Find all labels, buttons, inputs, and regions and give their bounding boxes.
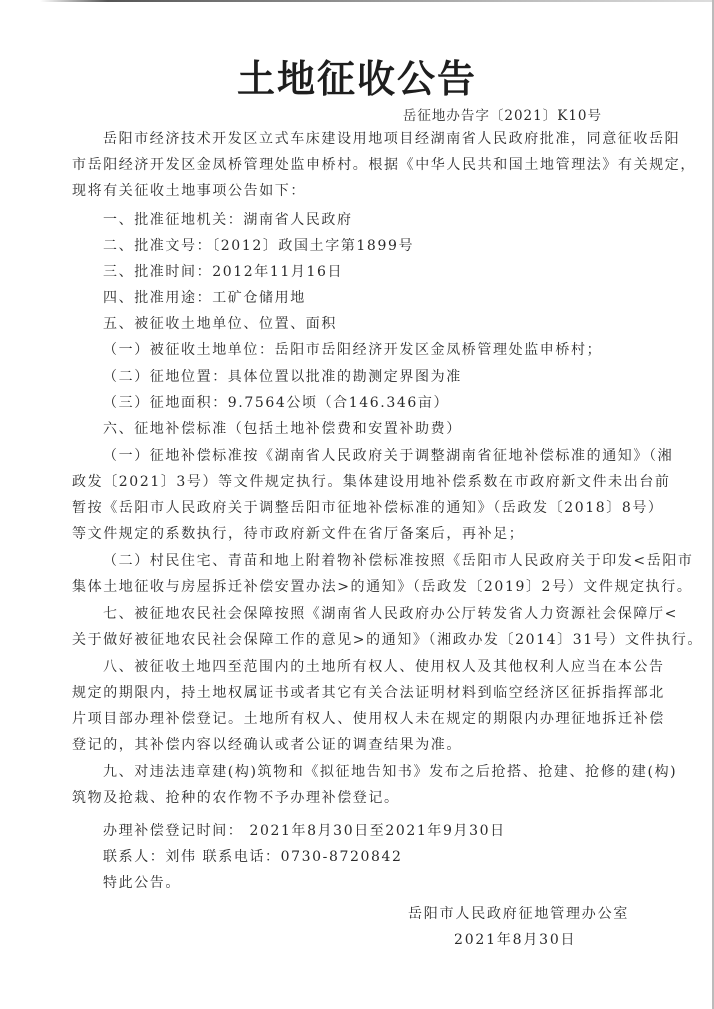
- body-line: 市岳阳经济开发区金凤桥管理处监申桥村。根据《中华人民共和国土地管理法》有关规定，: [72, 154, 696, 174]
- body-line: 暂按《岳阳市人民政府关于调整岳阳市征地补偿标准的通知》（岳政发〔2018〕8号）: [72, 497, 664, 517]
- body-line: 六、征地补偿标准（包括土地补偿费和安置补助费）: [103, 418, 462, 438]
- body-line: （一）被征收土地单位：岳阳市岳阳经济开发区金凤桥管理处监申桥村；: [103, 339, 602, 359]
- body-line: （二）征地位置：具体位置以批准的勘测定界图为准: [103, 366, 462, 386]
- body-line: 联系人：刘伟 联系电话：0730-8720842: [103, 846, 403, 866]
- body-line: 登记的，其补偿内容以经确认或者公证的调查结果为准。: [72, 734, 462, 754]
- body-line: 规定的期限内，持土地权属证书或者其它有关合法证明材料到临空经济区征拆指挥部北: [72, 682, 665, 702]
- body-line: 八、被征收土地四至范围内的土地所有权人、使用权人及其他权利人应当在本公告: [103, 656, 665, 676]
- body-line: 办理补偿登记时间： 2021年8月30日至2021年9月30日: [103, 820, 506, 840]
- body-line: 一、批准征地机关：湖南省人民政府: [103, 209, 353, 229]
- document-number: 岳征地办告字〔2021〕K10号: [403, 104, 602, 124]
- issuer: 岳阳市人民政府征地管理办公室: [408, 903, 629, 923]
- issue-date: 2021年8月30日: [454, 929, 576, 949]
- body-line: 筑物及抢栽、抢种的农作物不予办理补偿登记。: [72, 787, 400, 807]
- page-title: 土地征收公告: [0, 48, 714, 103]
- body-line: 四、批准用途：工矿仓储用地: [103, 287, 306, 307]
- body-line: 关于做好被征地农民社会保障工作的意见>的通知》（湘政办发〔2014〕31号）文件…: [72, 629, 703, 649]
- body-line: 等文件规定的系数执行，待市政府新文件在省厅备案后，再补足；: [72, 523, 524, 543]
- body-line: 现将有关征收土地事项公告如下：: [72, 180, 306, 200]
- scan-top-edge: [40, 0, 714, 2]
- body-line: 片项目部办理补偿登记。土地所有权人、使用权人未在规定的期限内办理征地拆迁补偿: [72, 708, 665, 728]
- body-line: 五、被征收土地单位、位置、面积: [103, 313, 337, 333]
- body-line: 二、批准文号：〔2012〕政国土字第1899号: [103, 235, 414, 255]
- body-line: （一）征地补偿标准按《湖南省人民政府关于调整湖南省征地补偿标准的通知》（湘: [103, 445, 673, 465]
- body-line: 九、对违法违章建(构)筑物和《拟征地告知书》发布之后抢搭、抢建、抢修的建(构): [103, 761, 677, 781]
- body-line: 集体土地征收与房屋拆迁补偿安置办法>的通知》（岳政发〔2019〕2号）文件规定执…: [72, 576, 692, 596]
- body-line: （二）村民住宅、青苗和地上附着物补偿标准按照《岳阳市人民政府关于印发<岳阳市: [103, 550, 694, 570]
- body-line: 岳阳市经济技术开发区立式车床建设用地项目经湖南省人民政府批准，同意征收岳阳: [103, 128, 680, 148]
- body-line: 政发〔2021〕3号）等文件规定执行。集体建设用地补偿系数在市政府新文件未出台前: [72, 471, 671, 491]
- body-line: 特此公告。: [103, 872, 181, 892]
- body-line: 七、被征地农民社会保障按照《湖南省人民政府办公厅转发省人力资源社会保障厅<: [103, 603, 678, 623]
- body-line: （三）征地面积：9.7564公顷（合146.346亩）: [103, 392, 449, 412]
- body-line: 三、批准时间：2012年11月16日: [103, 261, 343, 281]
